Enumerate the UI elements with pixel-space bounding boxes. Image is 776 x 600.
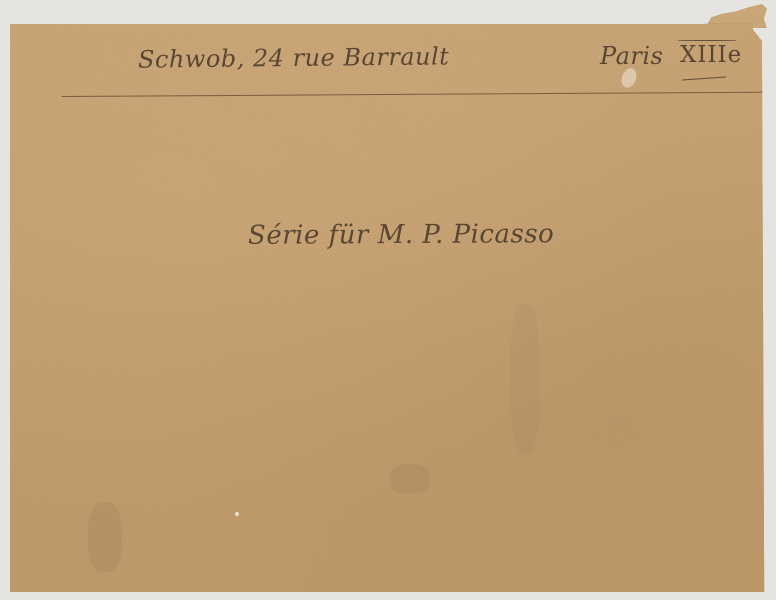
paper-smudge <box>88 502 122 572</box>
ruled-line <box>62 92 767 97</box>
paper-spot <box>235 512 239 516</box>
district-overline <box>678 40 736 41</box>
handwritten-address: Schwob, 24 rue Barrault <box>138 42 450 73</box>
paper-texture <box>10 24 768 592</box>
handwritten-district: XIIIe <box>680 42 742 68</box>
envelope-paper: Schwob, 24 rue Barrault Paris XIIIe Séri… <box>10 24 768 592</box>
handwritten-city: Paris <box>600 42 663 70</box>
paper-smudge <box>510 304 540 454</box>
paper-smudge <box>390 464 430 494</box>
district-underline <box>682 76 726 80</box>
handwritten-dedication: Série für M. P. Picasso <box>248 219 554 251</box>
